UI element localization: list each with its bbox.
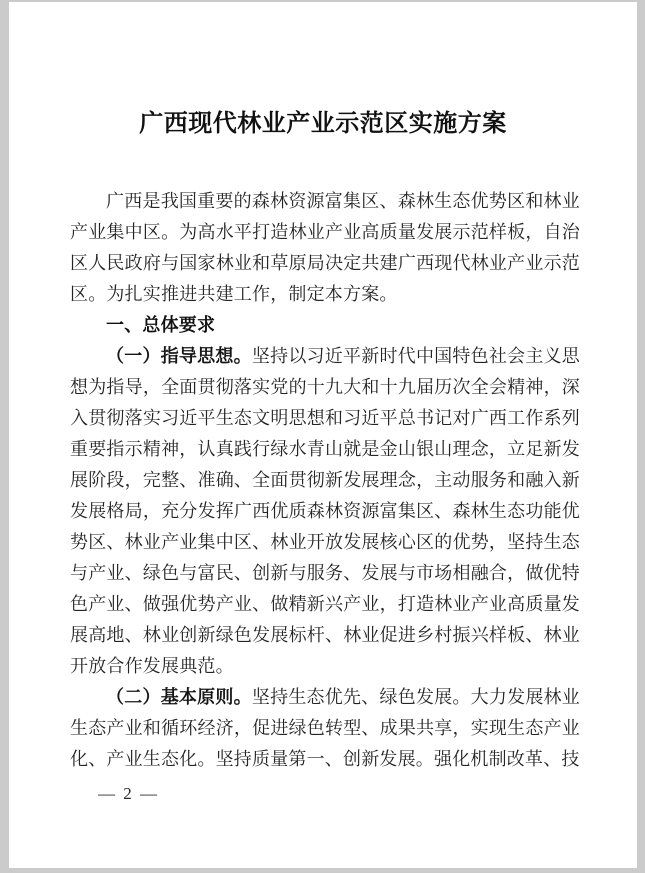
- intro-paragraph: 广西是我国重要的森林资源富集区、森林生态优势区和林业产业集中区。为高水平打造林业…: [70, 186, 580, 310]
- paragraph-text: 坚持以习近平新时代中国特色社会主义思想为指导，全面贯彻落实党的十九大和十九届历次…: [70, 346, 580, 676]
- document-title: 广西现代林业产业示范区实施方案: [9, 107, 637, 141]
- document-body: 广西是我国重要的森林资源富集区、森林生态优势区和林业产业集中区。为高水平打造林业…: [9, 186, 637, 775]
- paragraph-basic-principles: （二）基本原则。坚持生态优先、绿色发展。大力发展林业生态产业和循环经济，促进绿色…: [70, 682, 580, 775]
- document-page: 广西现代林业产业示范区实施方案 广西是我国重要的森林资源富集区、森林生态优势区和…: [9, 2, 637, 868]
- section-heading-overall-requirements: 一、总体要求: [70, 310, 580, 341]
- page-number: — 2 —: [98, 784, 159, 804]
- runin-heading-basic-principles: （二）基本原则。: [106, 687, 252, 707]
- runin-heading-guiding-ideology: （一）指导思想。: [106, 346, 252, 366]
- paragraph-guiding-ideology: （一）指导思想。坚持以习近平新时代中国特色社会主义思想为指导，全面贯彻落实党的十…: [70, 341, 580, 682]
